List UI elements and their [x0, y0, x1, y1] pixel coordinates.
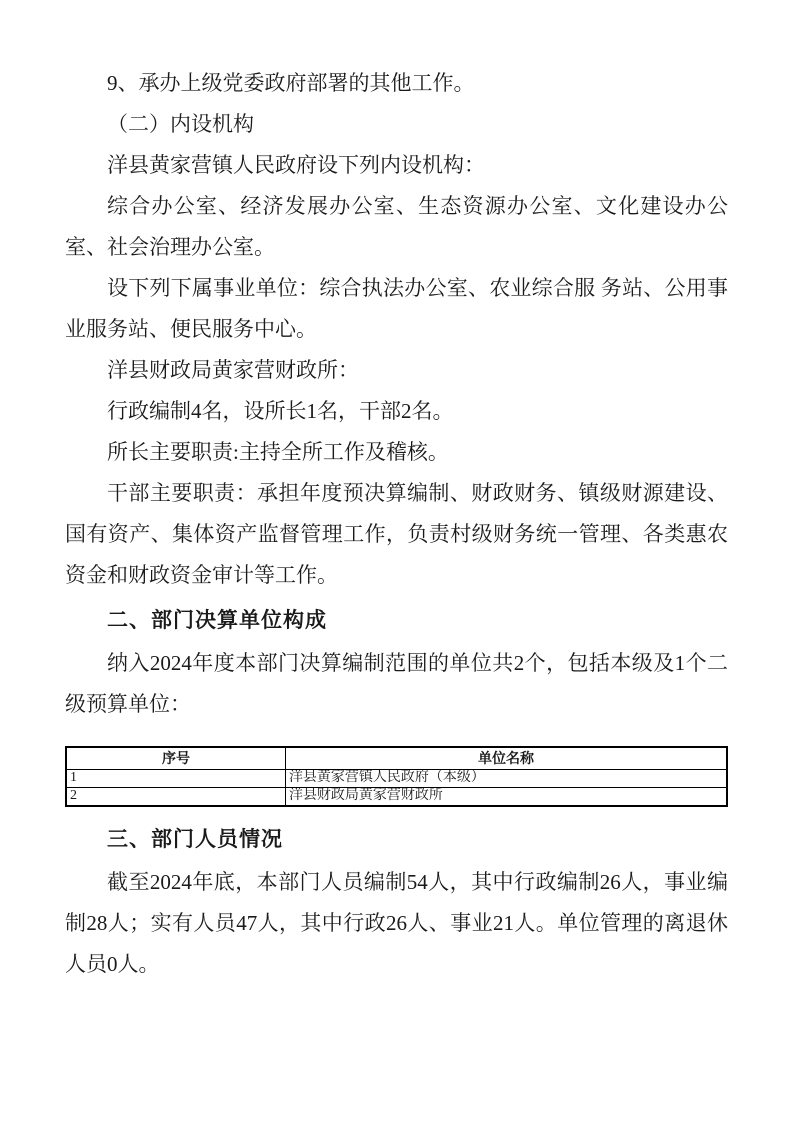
table-row: 1 洋县黄家营镇人民政府（本级） — [66, 770, 727, 788]
paragraph-personnel-details: 截至2024年底，本部门人员编制54人，其中行政编制26人，事业编制28人；实有… — [65, 862, 728, 985]
table-header-seq: 序号 — [66, 747, 285, 770]
paragraph-cadre-duties: 干部主要职责：承担年度预决算编制、财政财务、镇级财源建设、国有资产、集体资产监督… — [65, 473, 728, 596]
table-cell-unit-name: 洋县黄家营镇人民政府（本级） — [285, 770, 727, 788]
paragraph-subordinate-units: 设下列下属事业单位：综合执法办公室、农业综合服 务站、公用事业服务站、便民服务中… — [65, 268, 728, 350]
table-row: 2 洋县财政局黄家营财政所 — [66, 788, 727, 807]
paragraph-duty-item-9: 9、承办上级党委政府部署的其他工作。 — [65, 63, 728, 104]
paragraph-internal-org-intro: 洋县黄家营镇人民政府设下列内设机构： — [65, 145, 728, 186]
paragraph-budget-scope-intro: 纳入2024年度本部门决算编制范围的单位共2个，包括本级及1个二级预算单位： — [65, 643, 728, 725]
paragraph-finance-office-staffing: 行政编制4名，设所长1名，干部2名。 — [65, 391, 728, 432]
table-cell-seq: 1 — [66, 770, 285, 788]
sub-heading-internal-org: （二）内设机构 — [65, 104, 728, 145]
document-page: 9、承办上级党委政府部署的其他工作。 （二）内设机构 洋县黄家营镇人民政府设下列… — [0, 0, 793, 1122]
section-heading-personnel: 三、部门人员情况 — [65, 819, 728, 860]
section-heading-budget-unit-composition: 二、部门决算单位构成 — [65, 600, 728, 641]
paragraph-finance-office-title: 洋县财政局黄家营财政所： — [65, 350, 728, 391]
table-cell-unit-name: 洋县财政局黄家营财政所 — [285, 788, 727, 807]
paragraph-director-duties: 所长主要职责:主持全所工作及稽核。 — [65, 432, 728, 473]
table-header-row: 序号 单位名称 — [66, 747, 727, 770]
table-header-unit-name: 单位名称 — [285, 747, 727, 770]
budget-units-table: 序号 单位名称 1 洋县黄家营镇人民政府（本级） 2 洋县财政局黄家营财政所 — [65, 746, 728, 807]
paragraph-internal-org-list: 综合办公室、经济发展办公室、生态资源办公室、文化建设办公室、社会治理办公室。 — [65, 186, 728, 268]
table-cell-seq: 2 — [66, 788, 285, 807]
